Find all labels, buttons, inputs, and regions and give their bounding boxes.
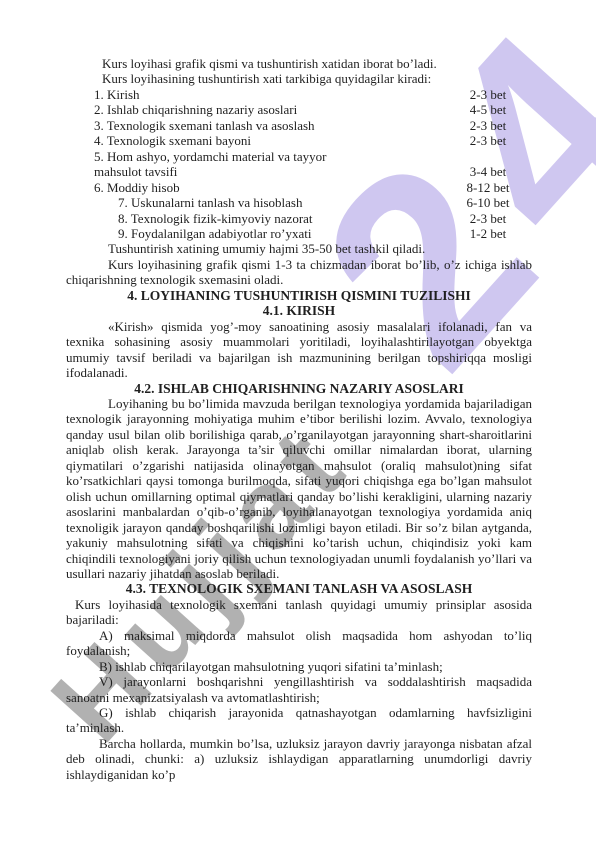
paragraph-kirish: «Kirish» qismida yog’-moy sanoatining as… (66, 319, 532, 381)
toc-item-pages: 8-12 bet (440, 180, 536, 195)
toc-item-text: 5. Hom ashyo, yordamchi material va tayy… (94, 149, 327, 164)
list-item-a: A) maksimal miqdorda mahsulot olish maqs… (66, 628, 532, 659)
toc-row: 9. Foydalanilgan adabiyotlar ro’yxati 1-… (66, 226, 532, 241)
toc-row: 4. Texnologik sxemani bayoni 2-3 bet (66, 133, 532, 148)
toc-item-text: 9. Foydalanilgan adabiyotlar ro’yxati (118, 226, 312, 241)
toc-row: 7. Uskunalarni tanlash va hisoblash 6-10… (66, 195, 532, 210)
toc-row: 5. Hom ashyo, yordamchi material va tayy… (66, 149, 532, 164)
toc-item-text: mahsulot tavsifi (94, 164, 177, 179)
toc-item-text: 6. Moddiy hisob (94, 180, 180, 195)
intro-line: Kurs loyihasi grafik qismi va tushuntiri… (66, 56, 532, 71)
toc-item-pages: 2-3 bet (440, 118, 536, 133)
toc-item-text: 8. Texnologik fizik-kimyoviy nazorat (118, 211, 313, 226)
toc-item-text: 2. Ishlab chiqarishning nazariy asoslari (94, 102, 297, 117)
toc-item-pages: 1-2 bet (440, 226, 536, 241)
toc-item-text: 3. Texnologik sxemani tanlash va asoslas… (94, 118, 315, 133)
toc-item-text: 4. Texnologik sxemani bayoni (94, 133, 251, 148)
toc-item-pages: 2-3 bet (440, 87, 536, 102)
toc-row: 8. Texnologik fizik-kimyoviy nazorat 2-3… (66, 211, 532, 226)
list-item-b: B) ishlab chiqarilayotgan mahsulotning y… (66, 659, 532, 674)
section-heading-tanlash: 4.3. TEXNOLOGIK SXEMANI TANLASH VA ASOSL… (66, 581, 532, 596)
toc-row: 1. Kirish 2-3 bet (66, 87, 532, 102)
toc-row: mahsulot tavsifi 3-4 bet (66, 164, 532, 179)
document-content: Kurs loyihasi grafik qismi va tushuntiri… (66, 56, 532, 782)
list-item-v: V) jarayonlarni boshqarishni yengillasht… (66, 674, 532, 705)
section-heading-main: 4. LOYIHANING TUSHUNTIRISH QISMINI TUZIL… (66, 288, 532, 303)
document-page: Hujjat 24 Kurs loyihasi grafik qismi va … (0, 0, 596, 842)
paragraph-barcha: Barcha hollarda, mumkin bo’lsa, uzluksiz… (66, 736, 532, 782)
toc-item-pages: 4-5 bet (440, 102, 536, 117)
toc-row: 6. Moddiy hisob 8-12 bet (66, 180, 532, 195)
toc-item-pages: 6-10 bet (440, 195, 536, 210)
toc-row: 2. Ishlab chiqarishning nazariy asoslari… (66, 102, 532, 117)
paragraph-graphic-part: Kurs loyihasining grafik qismi 1-3 ta ch… (66, 257, 532, 288)
toc-row: 3. Texnologik sxemani tanlash va asoslas… (66, 118, 532, 133)
section-heading-kirish: 4.1. KIRISH (66, 303, 532, 318)
toc-item-text: 1. Kirish (94, 87, 140, 102)
toc-item-pages: 3-4 bet (440, 164, 536, 179)
paragraph-summary: Tushuntirish xatining umumiy hajmi 35-50… (66, 241, 532, 256)
list-item-g: G) ishlab chiqarish jarayonida qatnashay… (66, 705, 532, 736)
paragraph-tanlash-intro: Kurs loyihasida texnologik sxemani tanla… (66, 597, 532, 628)
paragraph-nazariy: Loyihaning bu bo’limida mavzuda berilgan… (66, 396, 532, 581)
section-heading-nazariy: 4.2. ISHLAB CHIQARISHNING NAZARIY ASOSLA… (66, 381, 532, 396)
toc-item-text: 7. Uskunalarni tanlash va hisoblash (118, 195, 303, 210)
toc-item-pages: 2-3 bet (440, 133, 536, 148)
toc-item-pages: 2-3 bet (440, 211, 536, 226)
toc-list: 1. Kirish 2-3 bet 2. Ishlab chiqarishnin… (66, 87, 532, 242)
intro-line: Kurs loyihasining tushuntirish xati tark… (66, 71, 532, 86)
